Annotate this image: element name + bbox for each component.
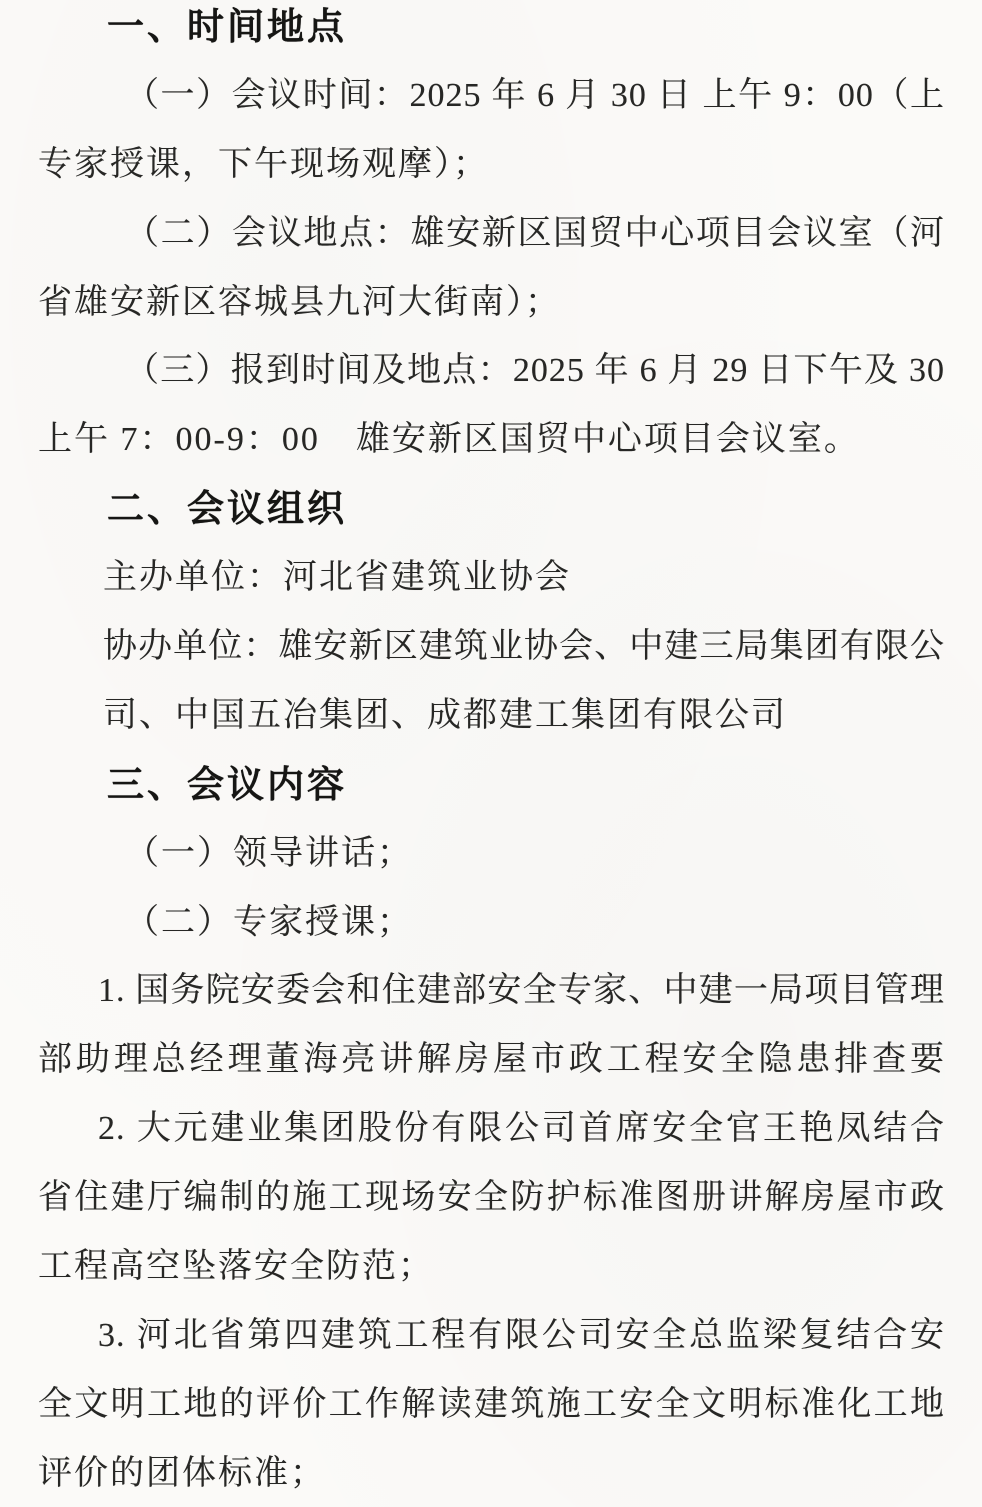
text-line: （二）会议地点：雄安新区国贸中心项目会议室（河北 (125, 200, 945, 269)
text-line: 3. 河北省第四建筑工程有限公司安全总监梁复结合安 (98, 1302, 945, 1371)
text-line: 省雄安新区容城县九河大街南）； (38, 269, 945, 338)
text-line: 评价的团体标准； (38, 1440, 945, 1507)
text-line: 部助理总经理董海亮讲解房屋市政工程安全隐患排查要点； (38, 1026, 945, 1095)
text-line: 省住建厅编制的施工现场安全防护标准图册讲解房屋市政 (38, 1164, 945, 1233)
text-line: 协办单位：雄安新区建筑业协会、中建三局集团有限公 (103, 613, 945, 682)
text-line: 全文明工地的评价工作解读建筑施工安全文明标准化工地 (38, 1371, 945, 1440)
text-line: 上午 7：00-9：00 雄安新区国贸中心项目会议室。 (38, 406, 945, 475)
section-heading: 二、会议组织 (107, 475, 945, 544)
scanned-document-page: 一、时间地点（一）会议时间：2025 年 6 月 30 日 上午 9：00（上午… (0, 0, 982, 1500)
text-line: （一）领导讲话； (125, 820, 945, 889)
text-line: 司、中国五冶集团、成都建工集团有限公司 (103, 682, 945, 751)
section-heading: 三、会议内容 (107, 751, 945, 820)
text-line: （三）报到时间及地点：2025 年 6 月 29 日下午及 30 日 (125, 337, 945, 406)
text-line: （二）专家授课； (125, 889, 945, 958)
text-line: （一）会议时间：2025 年 6 月 30 日 上午 9：00（上午 (125, 62, 945, 131)
text-line: 专家授课，下午现场观摩）； (38, 131, 945, 200)
section-heading: 一、时间地点 (107, 0, 945, 62)
text-line: 2. 大元建业集团股份有限公司首席安全官王艳凤结合 (98, 1095, 945, 1164)
text-line: 主办单位：河北省建筑业协会 (103, 544, 945, 613)
text-line: 工程高空坠落安全防范； (38, 1233, 945, 1302)
text-line: 1. 国务院安委会和住建部安全专家、中建一局项目管理 (98, 957, 945, 1026)
document-body: 一、时间地点（一）会议时间：2025 年 6 月 30 日 上午 9：00（上午… (0, 0, 982, 1507)
